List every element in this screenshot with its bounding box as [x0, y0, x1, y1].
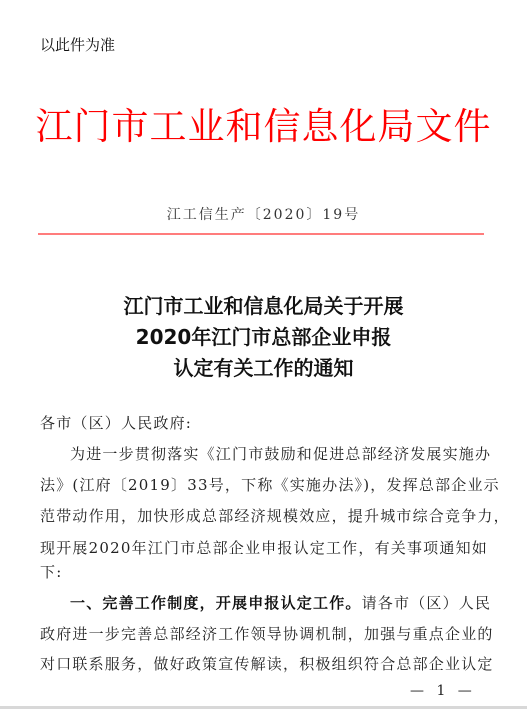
- red-divider-rule: [38, 233, 484, 235]
- document-title-line-2: 2020年江门市总部企业申报: [0, 321, 527, 350]
- body-line: 法》(江府〔2019〕33号，下称《实施办法》)，发挥总部企业示: [40, 474, 500, 495]
- body-line: 下:: [40, 561, 62, 582]
- document-title-line-3: 认定有关工作的通知: [0, 352, 527, 381]
- body-line: 现开展2020年江门市总部企业申报认定工作，有关事项通知如: [40, 537, 488, 558]
- document-title-line-1: 江门市工业和信息化局关于开展: [0, 290, 527, 319]
- body-line: 为进一步贯彻落实《江门市鼓励和促进总部经济发展实施办: [70, 443, 491, 464]
- authoritative-copy-note: 以此件为准: [40, 34, 115, 55]
- body-line: 范带动作用，加快形成总部经济规模效应，提升城市综合竞争力，: [40, 505, 510, 526]
- page-number: — 1 —: [410, 683, 476, 699]
- salutation: 各市（区）人民政府:: [40, 412, 192, 433]
- issuer-masthead: 江门市工业和信息化局文件: [0, 96, 527, 150]
- section-1-text: 请各市（区）人民: [362, 594, 492, 612]
- body-line: 对口联系服务，做好政策宣传解读，积极组织符合总部企业认定: [40, 653, 494, 674]
- section-1-heading: 一、完善工作制度，开展申报认定工作。: [70, 594, 362, 612]
- body-line: 政府进一步完善总部经济工作领导协调机制，加强与重点企业的: [40, 623, 494, 644]
- section-1-line: 一、完善工作制度，开展申报认定工作。请各市（区）人民: [70, 592, 491, 613]
- document-number: 江工信生产〔2020〕19号: [0, 204, 527, 224]
